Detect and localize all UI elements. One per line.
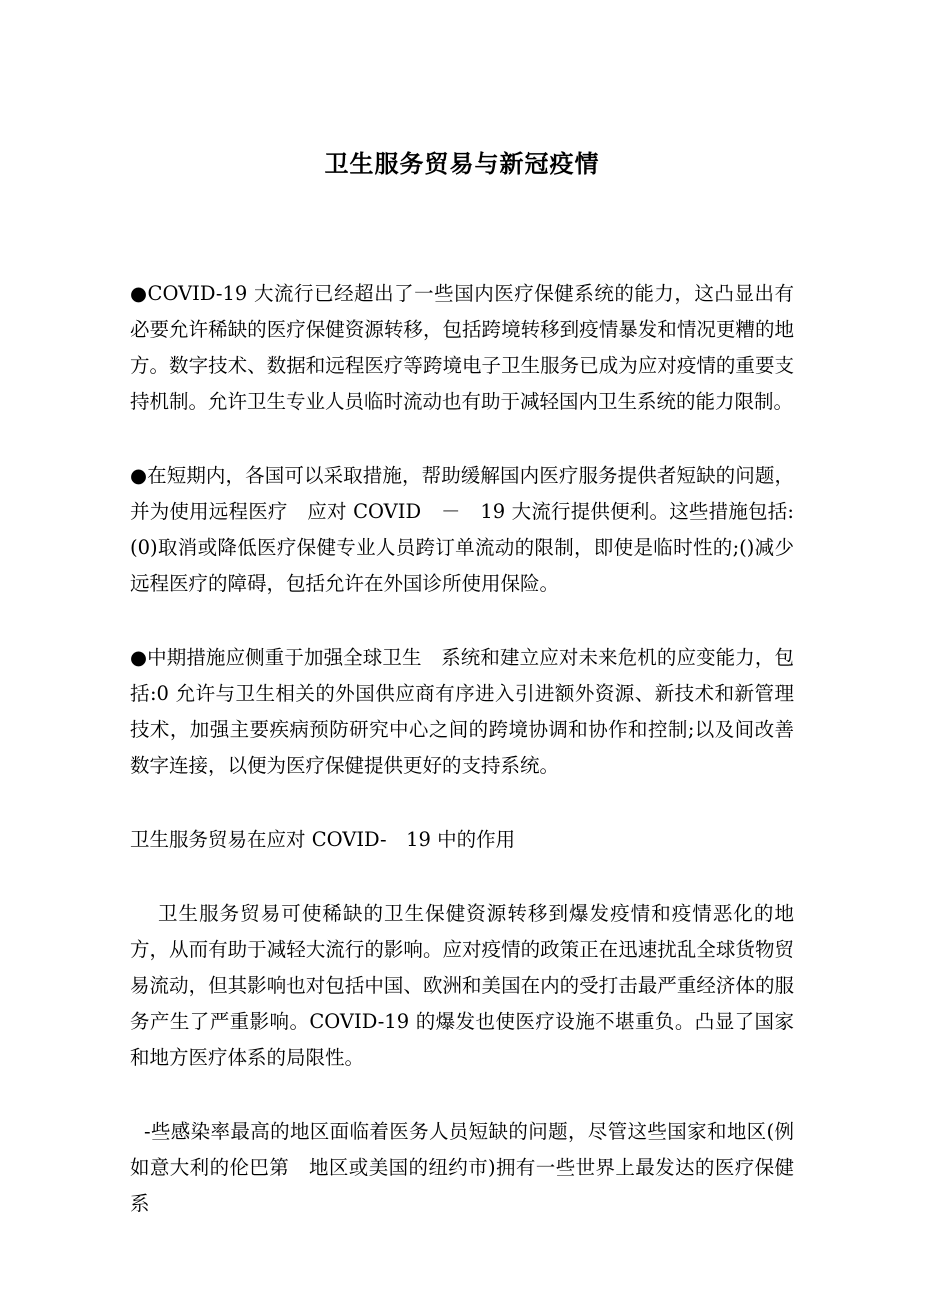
paragraph-bullet-covid-capacity: ●COVID-19 大流行已经超出了一些国内医疗保健系统的能力，这凸显出有必要允… (130, 276, 794, 420)
paragraph-body-staff-shortage: -些感染率最高的地区面临着医务人员短缺的问题，尽管这些国家和地区(例如意大利的伦… (130, 1114, 794, 1222)
document-title: 卫生服务贸易与新冠疫情 (130, 144, 794, 184)
document-page: 卫生服务贸易与新冠疫情 ●COVID-19 大流行已经超出了一些国内医疗保健系统… (0, 0, 926, 1309)
section-heading-role-of-health-trade: 卫生服务贸易在应对 COVID- 19 中的作用 (130, 822, 794, 858)
paragraph-bullet-medium-term-measures: ●中期措施应侧重于加强全球卫生 系统和建立应对未来危机的应变能力，包括:0 允许… (130, 640, 794, 784)
paragraph-body-health-trade-impact: 卫生服务贸易可使稀缺的卫生保健资源转移到爆发疫情和疫情恶化的地方，从而有助于减轻… (130, 896, 794, 1076)
paragraph-bullet-short-term-measures: ●在短期内，各国可以采取措施，帮助缓解国内医疗服务提供者短缺的问题，并为使用远程… (130, 458, 794, 602)
